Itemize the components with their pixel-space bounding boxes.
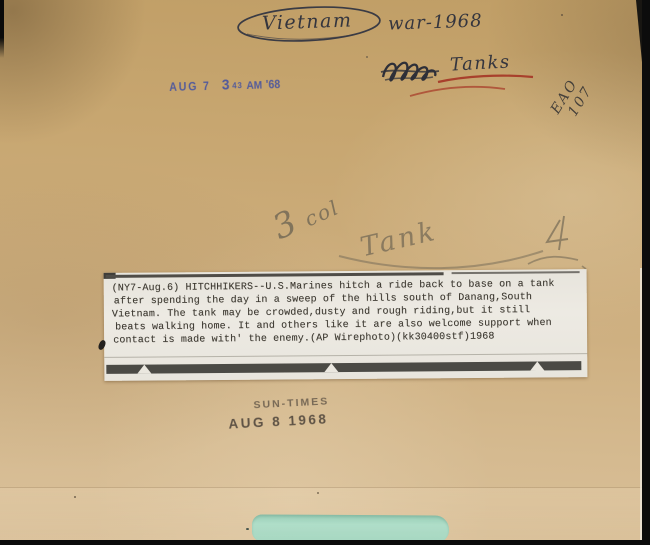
stamp-date: AUG 8 1968: [228, 411, 330, 431]
caption-label: (NY7-Aug.6) HITCHHIKERS--U.S.Marines hit…: [104, 269, 588, 381]
corner-code: EAO 107: [548, 75, 596, 126]
stamp-minutes: 43: [232, 80, 243, 90]
caption-text: (NY7-Aug.6) HITCHHIKERS--U.S.Marines hit…: [112, 278, 583, 348]
label-bottom-band: [106, 361, 581, 374]
paper-crease-zone: [0, 487, 650, 542]
date-received-stamp: AUG 7343AM'68: [169, 75, 280, 96]
pencil-column-note: 3 col: [267, 184, 345, 248]
red-underline: [405, 68, 540, 102]
pencil-flourish: [520, 214, 608, 276]
dust-speck: [561, 14, 563, 16]
stamp-year: '68: [266, 79, 281, 91]
sun-times-stamp: SUN-TIMES AUG 8 1968: [227, 395, 330, 431]
band-notch: [137, 365, 151, 374]
stamp-name: SUN-TIMES: [253, 395, 329, 411]
scan-edge-right: [642, 0, 650, 545]
band-notch: [324, 363, 338, 372]
label-top-rule-segment: [452, 271, 580, 274]
dust-speck: [366, 56, 368, 58]
handwritten-topic: Vietnam: [262, 9, 353, 34]
scan-edge-left: [0, 0, 4, 58]
band-notch: [530, 361, 544, 370]
scan-edge-bottom: [0, 540, 650, 545]
label-crease: [104, 353, 587, 358]
label-top-rule: [106, 272, 444, 278]
stamp-hour: 3: [222, 76, 230, 93]
stamp-month-day: AUG 7: [169, 81, 211, 94]
stamp-meridiem: AM: [246, 80, 262, 92]
handwritten-war-note: war-1968: [388, 10, 483, 34]
photo-back-scan: Vietnam war-1968 Tanks AUG 7343AM'68 EAO…: [0, 0, 650, 545]
